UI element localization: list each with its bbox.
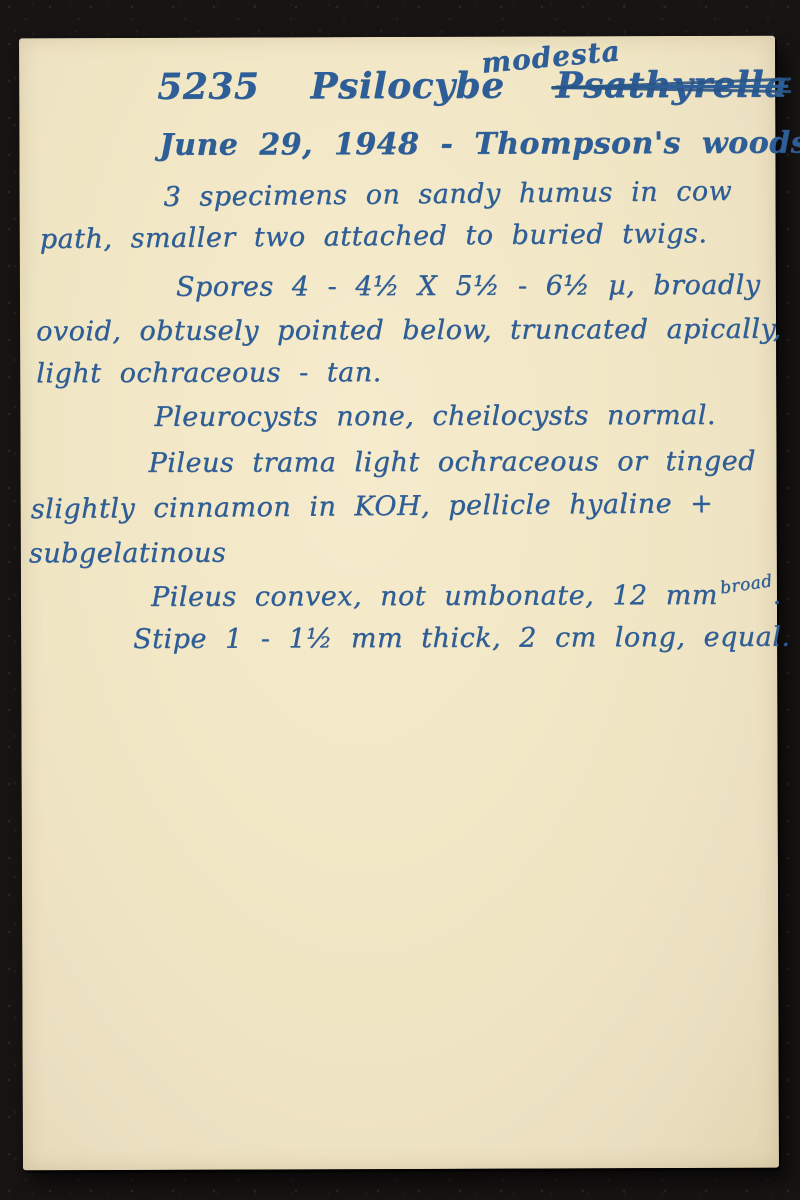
handwritten-line: Pileus convex, not umbonate, 12 mmbroad. (151, 580, 782, 613)
handwritten-line: path, smaller two attached to buried twi… (40, 218, 708, 255)
collection-number: 5235 (157, 65, 259, 107)
index-card: 5235 Psilocybe Psathyrella B-5584 modest… (19, 36, 779, 1171)
handwritten-line: Pileus trama light ochraceous or tinged (148, 446, 755, 479)
line-tail: . (773, 580, 782, 611)
handwritten-line: slightly cinnamon in KOH, pellicle hyali… (31, 488, 714, 525)
header-line: 5235 Psilocybe Psathyrella B-5584 (157, 63, 800, 108)
handwritten-line: Stipe 1 - 1½ mm thick, 2 cm long, equal. (133, 622, 790, 655)
line-text: Pileus convex, not umbonate, 12 mm (151, 580, 718, 613)
handwritten-line: light ochraceous - tan. (36, 357, 382, 389)
superscript-word: broad (719, 571, 774, 598)
handwritten-line: Pleurocysts none, cheilocysts normal. (154, 400, 716, 433)
handwritten-line: ovoid, obtusely pointed below, truncated… (36, 314, 782, 348)
date-locality-line: June 29, 1948 - Thompson's woods - V. P. (159, 125, 800, 163)
struck-species-name: Psathyrella (556, 64, 789, 107)
photo-background: { "document": { "kind": "handwritten spe… (0, 0, 800, 1200)
handwritten-line: 3 specimens on sandy humus in cow (163, 176, 732, 213)
genus-name: Psilocybe (310, 65, 504, 108)
handwritten-line: subgelatinous (29, 538, 227, 570)
handwritten-line: Spores 4 - 4½ X 5½ - 6½ µ, broadly (176, 270, 761, 303)
